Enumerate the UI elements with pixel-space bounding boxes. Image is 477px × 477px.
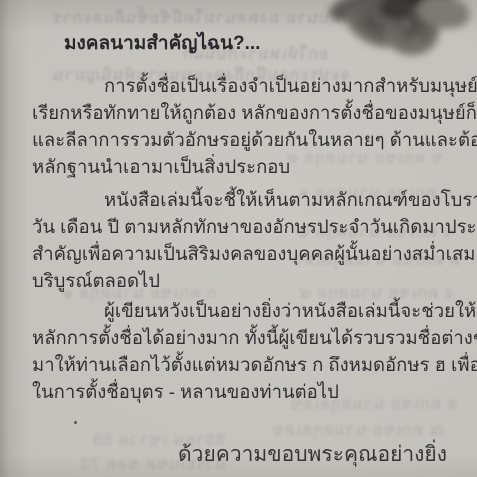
page-heading: มงคลนามสำคัญไฉน?... [64,28,260,58]
paragraph: ผู้เขียนหวังเป็นอย่างยิ่งว่าหนังสือเล่มน… [32,297,462,405]
paragraph: การตั้งชื่อเป็นเรื่องจำเป็นอย่างมากสำหรั… [32,72,462,180]
paragraph: หนังสือเล่มนี้จะชี้ให้เห็นตามหลักเกณฑ์ขอ… [32,186,462,294]
paper-speck [74,421,77,424]
text-line: การตั้งชื่อเป็นเรื่องจำเป็นอย่างมากสำหรั… [32,72,462,99]
signature-line: ด้วยความขอบพระคุณอย่างยิ่ง [178,438,447,471]
text-line: ผู้เขียนหวังเป็นอย่างยิ่งว่าหนังสือเล่มน… [32,297,462,324]
text-line: สำคัญเพื่อความเป็นสิริมงคลของบุคคลผู้นั้… [32,240,462,267]
text-line: มาให้ท่านเลือกไว้ตั้งแต่หมวดอักษร ก ถึงห… [32,351,462,378]
text-line: บริบูรณ์ตลอดไป [32,267,462,294]
text-line: เรียกหรือทักทายให้ถูกต้อง หลักของการตั้ง… [32,99,462,126]
text-line: ในการตั้งชื่อบุตร - หลานของท่านต่อไป [32,378,462,405]
book-page: ลำดับนาม มงคลนามใดมีชัยชั้นดีและการ ยกให… [0,0,477,477]
text-line: หลักฐานนำเอามาเป็นสิ่งประกอบ [32,153,462,180]
text-line: หนังสือเล่มนี้จะชี้ให้เห็นตามหลักเกณฑ์ขอ… [32,186,462,213]
text-line: หลักการตั้งชื่อได้อย่างมาก ทั้งนี้ผู้เขี… [32,324,462,351]
text-line: วัน เดือน ปี ตามหลักทักษาของอักษรประจำวั… [32,213,462,240]
text-line: และลีลาการรวมตัวอักษรอยู่ด้วยกันในหลายๆ … [32,126,462,153]
